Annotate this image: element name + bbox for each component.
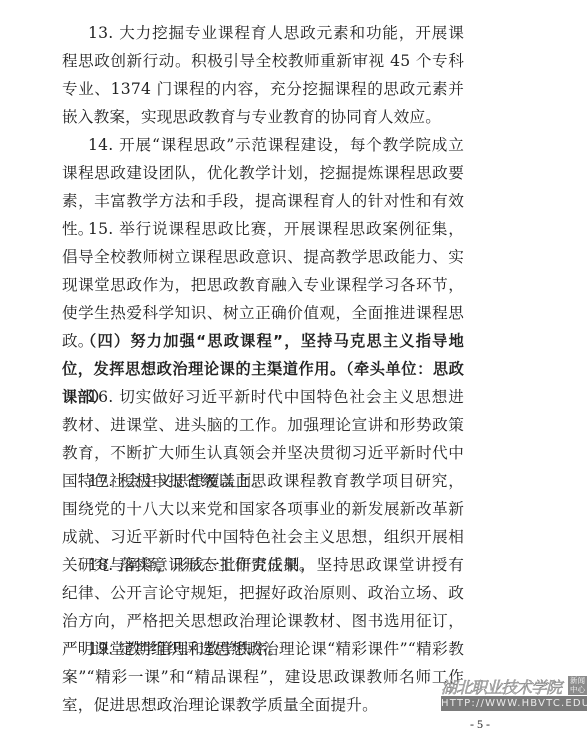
site-watermark: 湖北职业技术学院 新闻 中心 HTTP://WWW.HBVTC.EDU.CN xyxy=(441,675,587,713)
document-page: 13. 大力挖掘专业课程育人思政元素和功能，开展课程思政创新行动。积极引导全校教… xyxy=(0,0,587,731)
paragraph-19: 19. 定期组织评选思想政治理论课“精彩课件”“精彩教案”“精彩一课”和“精品课… xyxy=(62,635,464,719)
page-number: - 5 - xyxy=(470,717,490,731)
watermark-url: HTTP://WWW.HBVTC.EDU.CN xyxy=(441,696,587,711)
paragraph-13: 13. 大力挖掘专业课程育人思政元素和功能，开展课程思政创新行动。积极引导全校教… xyxy=(62,19,464,131)
news-center-badge: 新闻 中心 xyxy=(568,676,587,695)
watermark-logo-text: 湖北职业技术学院 xyxy=(441,675,568,695)
